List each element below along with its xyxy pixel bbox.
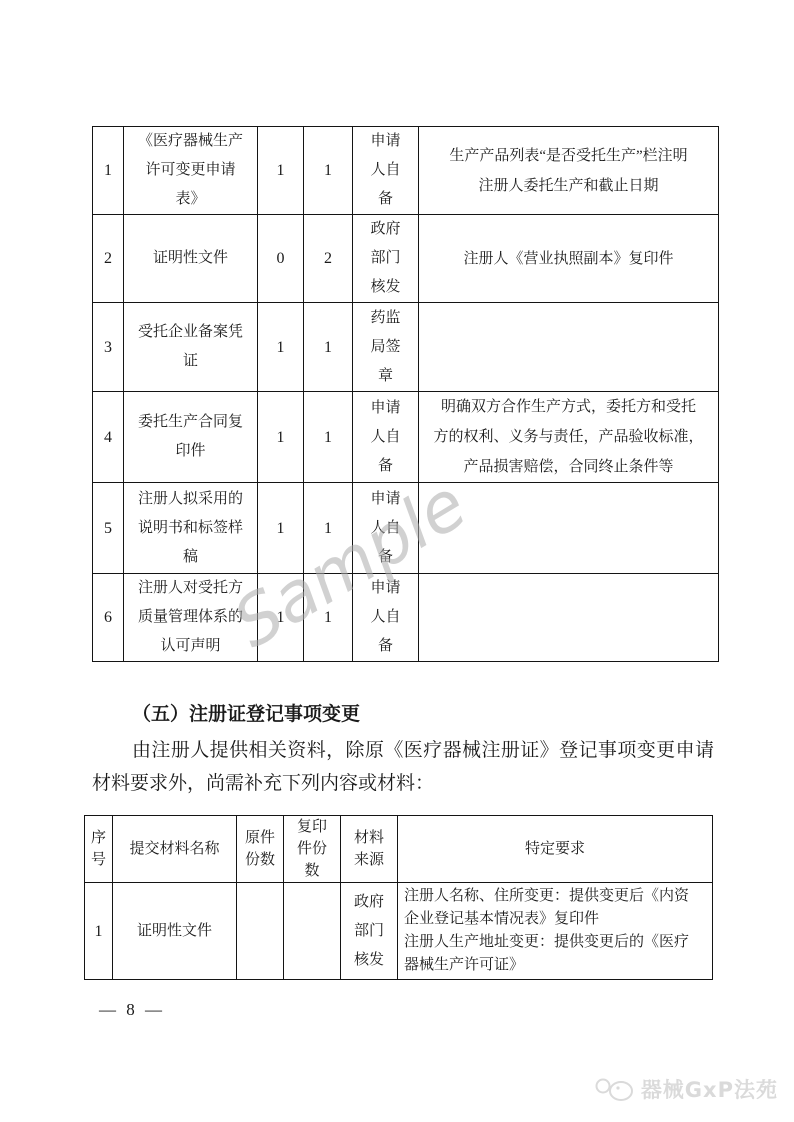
materials-table-registration-change: 序 号 提交材料名称 原件 份数 复印 件份 数 材料 来源 特定要求 1 证明… (84, 815, 713, 980)
page-number: — 8 — (99, 1000, 165, 1020)
cell-material-name: 受托企业备案凭 证 (124, 303, 258, 392)
document-page: 1 《医疗器械生产 许可变更申请 表》 1 1 申请 人自 备 生产产品列表“是… (0, 0, 794, 1122)
cell-original-count: 1 (258, 303, 304, 392)
materials-table-production-license-change: 1 《医疗器械生产 许可变更申请 表》 1 1 申请 人自 备 生产产品列表“是… (92, 126, 719, 662)
header-material-name: 提交材料名称 (113, 816, 237, 883)
cell-specific-requirement: 明确双方合作生产方式，委托方和受托 方的权利、义务与责任，产品验收标准， 产品损… (419, 392, 719, 483)
cell-row-number: 2 (93, 215, 124, 303)
cell-material-source: 申请 人自 备 (353, 574, 419, 662)
cell-row-number: 1 (93, 127, 124, 215)
table-row: 4 委托生产合同复 印件 1 1 申请 人自 备 明确双方合作生产方式，委托方和… (93, 392, 719, 483)
cell-copy-count: 1 (304, 303, 353, 392)
cell-material-name: 委托生产合同复 印件 (124, 392, 258, 483)
header-copy-count: 复印 件份 数 (284, 816, 341, 883)
cell-original-count: 0 (258, 215, 304, 303)
header-original-count: 原件 份数 (237, 816, 284, 883)
cell-original-count: 1 (258, 392, 304, 483)
brand-watermark: 器械GxP法苑 (594, 1072, 778, 1106)
cell-material-source: 申请 人自 备 (353, 392, 419, 483)
header-specific-requirement: 特定要求 (398, 816, 713, 883)
cell-specific-requirement (419, 574, 719, 662)
cell-material-source: 申请 人自 备 (353, 127, 419, 215)
cell-specific-requirement: 生产产品列表“是否受托生产”栏注明 注册人委托生产和截止日期 (419, 127, 719, 215)
cell-material-name: 注册人拟采用的 说明书和标签样 稿 (124, 483, 258, 574)
cell-row-number: 1 (85, 883, 113, 980)
cell-copy-count (284, 883, 341, 980)
cell-specific-requirement: 注册人《营业执照副本》复印件 (419, 215, 719, 303)
table-row: 5 注册人拟采用的 说明书和标签样 稿 1 1 申请 人自 备 (93, 483, 719, 574)
cell-copy-count: 1 (304, 392, 353, 483)
cell-original-count: 1 (258, 127, 304, 215)
cell-row-number: 5 (93, 483, 124, 574)
cell-copy-count: 1 (304, 127, 353, 215)
cell-material-name: 《医疗器械生产 许可变更申请 表》 (124, 127, 258, 215)
brand-name: 器械GxP法苑 (641, 1074, 778, 1104)
cell-specific-requirement (419, 303, 719, 392)
cell-material-source: 政府 部门 核发 (341, 883, 398, 980)
table-row: 1 《医疗器械生产 许可变更申请 表》 1 1 申请 人自 备 生产产品列表“是… (93, 127, 719, 215)
cell-specific-requirement: 注册人名称、住所变更：提供变更后《内资 企业登记基本情况表》复印件 注册人生产地… (398, 883, 713, 980)
table-row: 3 受托企业备案凭 证 1 1 药监 局签 章 (93, 303, 719, 392)
header-row-number: 序 号 (85, 816, 113, 883)
cell-original-count: 1 (258, 574, 304, 662)
cell-material-source: 药监 局签 章 (353, 303, 419, 392)
cell-material-source: 政府 部门 核发 (353, 215, 419, 303)
cell-copy-count: 1 (304, 574, 353, 662)
table-row: 1 证明性文件 政府 部门 核发 注册人名称、住所变更：提供变更后《内资 企业登… (85, 883, 713, 980)
cell-row-number: 4 (93, 392, 124, 483)
cell-original-count: 1 (258, 483, 304, 574)
cell-material-name: 注册人对受托方 质量管理体系的 认可声明 (124, 574, 258, 662)
cell-copy-count: 2 (304, 215, 353, 303)
table-row: 2 证明性文件 0 2 政府 部门 核发 注册人《营业执照副本》复印件 (93, 215, 719, 303)
cell-copy-count: 1 (304, 483, 353, 574)
cell-material-name: 证明性文件 (124, 215, 258, 303)
section-paragraph: 由注册人提供相关资料，除原《医疗器械注册证》登记事项变更申请材料要求外，尚需补充… (92, 734, 714, 800)
cell-material-name: 证明性文件 (113, 883, 237, 980)
cell-row-number: 6 (93, 574, 124, 662)
header-material-source: 材料 来源 (341, 816, 398, 883)
cell-material-source: 申请 人自 备 (353, 483, 419, 574)
section-heading: （五）注册证登记事项变更 (92, 699, 718, 726)
table-row: 6 注册人对受托方 质量管理体系的 认可声明 1 1 申请 人自 备 (93, 574, 719, 662)
brand-mascot-icon (594, 1075, 636, 1103)
cell-original-count (237, 883, 284, 980)
table-header-row: 序 号 提交材料名称 原件 份数 复印 件份 数 材料 来源 特定要求 (85, 816, 713, 883)
cell-specific-requirement (419, 483, 719, 574)
cell-row-number: 3 (93, 303, 124, 392)
